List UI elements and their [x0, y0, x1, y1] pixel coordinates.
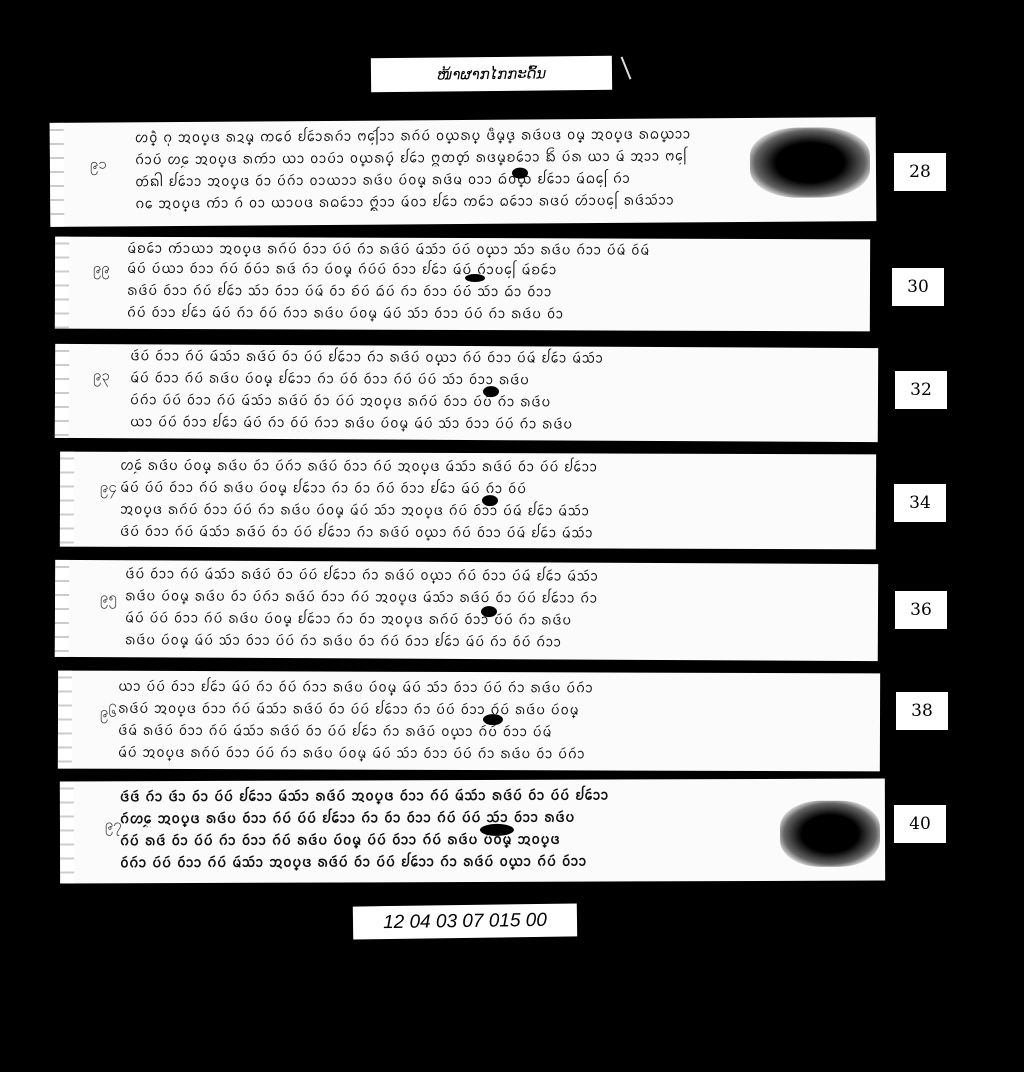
ink-stain — [750, 127, 870, 198]
catalog-code-text: 12 04 03 07 015 00 — [383, 909, 547, 933]
palm-leaf-page: ၉၅ ᨴᩢᨷᩢ ᩅᩢᩣᩣ ᨣᩢᨷᩢ ᨾᩢᩈᩢᩣ ᩁᨴᩢᨷᩢ ᩅᩢᩣ ᨷᩢᨷᩢ ᩀ… — [55, 560, 878, 661]
leaf-margin-numeral: ၉၅ — [100, 588, 117, 610]
leaf-text-line: ᨾᩢᨧᩮᩢᩣ ᨠᩢᩣᨿᩣ ᩋᩅ᩠ᨷᨴ ᩁᨣᩢᨷᩢ ᩅᩢᩣᩣ ᨷᩢᨷᩢ ᨣᩢᩣ ᩁ… — [127, 239, 862, 260]
palm-leaf-page: ၉၆ ᨿᩣ ᨷᩢᨷᩢ ᩅᩢᩣᩣ ᩀᩮᩢᩣ ᨾᩢᨷᩢ ᨣᩢᩣ ᩅᩢᨷᩢ ᨣᩢᩣᩣ … — [58, 671, 880, 772]
leaf-text-line: ᩁᨴᩢᨷᩢ ᩅᩢᩣᩣ ᨣᩢᨷᩢ ᩀᩮᩢᩣ ᩈᩢᩣ ᩅᩢᩣᩣ ᨷᩢᨾᩢ ᩅᩢᩣ ᨧ… — [127, 281, 862, 302]
leaf-text-line: ᨴᩢᨴᩢ ᨣᩢᩣ ᨴᩢᩣ ᩅᩢᩣ ᨷᩢᨷᩢ ᩀᩮᩢᩣᩣ ᨾᩢᩈᩢᩣ ᩁᨴᩢᨷᩢ … — [120, 785, 870, 806]
leaf-worn-edge — [58, 671, 72, 769]
leaf-worn-edge — [60, 781, 74, 883]
binding-hole — [483, 386, 499, 397]
leaf-worn-edge — [55, 237, 69, 329]
leaf-worn-edge — [60, 452, 74, 547]
page-number-box: 34 — [894, 484, 946, 522]
page-number-box: 40 — [894, 805, 946, 843]
leaf-text-line: ᨲᩢᨦᩤ ᩀᩮᩢᩣᩣ ᩋᩅ᩠ᨷᨴ ᩅᩢᩣ ᨷᩢᨣᩢᩣ ᩅᩣᨿᩣᩣ ᩁᨴᩢᨷ ᨷᩢ… — [135, 167, 855, 190]
leaf-text-line: ᩁᨴᩢᨷ ᨷᩢᩅ᩠ᨾ ᨾᩢᨷᩢ ᩈᩢᩣ ᩅᩢᩣᩣ ᨷᩢᨷᩢ ᨣᩢᩣ ᩁᨴᩢᨷ ᩅ… — [125, 630, 870, 652]
palm-leaf-page: ၉၄ ᩉᩮᩬᩢ ᩁᨴᩢᨷ ᨷᩢᩅ᩠ᨾ ᩁᨴᩢᨷ ᩅᩢᩣ ᨷᩢᨣᩢᩣ ᩁᨴᩢᨷᩢ … — [60, 452, 876, 550]
page-number-box: 28 — [894, 153, 946, 191]
leaf-text-line: ᨣᩢᩣᨷᩢ ᩉᩮᩬ ᩋᩅ᩠ᨷᨴ ᩁᨠᩢᩣ ᨿᩣ ᩅᩣᨷᩢᩣ ᩅ᩠ᨿᩁ᩠ᨷᩢ ᩀᩮ… — [135, 145, 855, 168]
binding-hole — [483, 714, 503, 725]
leaf-margin-numeral: ၉၉ — [93, 259, 110, 281]
palm-leaf-page: ၉၇ ᨴᩢᨴᩢ ᨣᩢᩣ ᨴᩢᩣ ᩅᩢᩣ ᨷᩢᨷᩢ ᩀᩮᩢᩣᩣ ᨾᩢᩈᩢᩣ ᩁᨴᩢ… — [60, 779, 885, 884]
leaf-margin-numeral: ၉၄ — [100, 478, 117, 500]
palm-leaf-page: ၉၃ ᨴᩢᨷᩢ ᩅᩢᩣᩣ ᨣᩢᨷᩢ ᨾᩢᩈᩢᩣ ᩁᨴᩢᨷᩢ ᩅᩢᩣ ᨷᩢᨷᩢ ᩀ… — [55, 344, 878, 442]
leaf-text-line: ᩁᨴᩢᨷ ᨷᩢᩅ᩠ᨾ ᩁᨴᩢᨷ ᩅᩢᩣ ᨷᩢᨣᩢᩣ ᩁᨴᩢᨷᩢ ᩅᩢᩣᩣ ᨣᩢᨷ… — [125, 586, 870, 608]
leaf-text-line: ᨾᩢᨷᩢ ᨷᩢᨷᩢ ᩅᩢᩣᩣ ᨣᩢᨷᩢ ᩁᨴᩢᨷ ᨷᩢᩅ᩠ᨾ ᩀᩮᩢᩣᩣ ᨣᩢᩣ… — [125, 608, 870, 630]
page-number: 34 — [909, 493, 931, 513]
leaf-text-line: ᨴᩢᨷᩢ ᩅᩢᩣᩣ ᨣᩢᨷᩢ ᨾᩢᩈᩢᩣ ᩁᨴᩢᨷᩢ ᩅᩢᩣ ᨷᩢᨷᩢ ᩀᩮᩢᩣ… — [120, 522, 865, 543]
palm-leaf-page: ၉၁ ᩉ᩠ᩅᩫ ᨣᩩ ᩋᩅ᩠ᨷᨴ ᩁᨯ᩠ᨾ ᨠᩮᩅᩢ ᩀᩮᩢᩣᩁᨣᩢᩣ ᨻᩮᩭᩢ… — [50, 117, 877, 227]
leaf-text-line: ᨿᩣ ᨷᩢᨷᩢ ᩅᩢᩣᩣ ᩀᩮᩢᩣ ᨾᩢᨷᩢ ᨣᩢᩣ ᩅᩢᨷᩢ ᨣᩢᩣᩣ ᩁᨴᩢ… — [118, 677, 868, 698]
binding-hole — [482, 495, 498, 506]
leaf-text-line: ᩅᩢᨣᩢᩣ ᨷᩢᨷᩢ ᩅᩢᩣᩣ ᨣᩢᨷᩢ ᨾᩢᩈᩢᩣ ᩋᩅ᩠ᨷᨴ ᩁᨴᩢᨷᩢ ᩅ… — [120, 851, 880, 872]
page-number-box: 36 — [895, 591, 947, 629]
leaf-text-line: ᨷᩢᨣᩢᩣ ᨷᩢᨷᩢ ᩅᩢᩣᩣ ᨣᩢᨷᩢ ᨾᩢᩈᩢᩣ ᩁᨴᩢᨷᩢ ᩅᩢᩣ ᨷᩢᨷ… — [130, 390, 870, 412]
leaf-worn-edge — [50, 123, 65, 227]
leaf-text-line: ᨣᩮ ᩋᩅ᩠ᨷᨴ ᨠᩢᩣ ᨣᩢ ᩅᩣ ᨿᩣᨷᨴ ᩁᨵᩮᩢᩣᩣ ᩍᩬᩢᩣᩣ ᨾᩢᩅ… — [135, 189, 875, 212]
leaf-margin-numeral: ၉၆ — [100, 703, 117, 725]
page-number-box: 32 — [895, 371, 947, 409]
page-number: 30 — [907, 277, 929, 297]
leaf-text-line: ᨾᩢᨷᩢ ᩅᩢᩣᩣ ᨣᩢᨷᩢ ᩁᨴᩢᨷ ᨷᩢᩅ᩠ᨾ ᩀᩮᩢᩣᩣ ᨣᩢᩣ ᨷᩢᩅᩢ… — [130, 368, 870, 390]
page-number-box: 30 — [892, 268, 944, 306]
title-label: ໜ້າຜາກໄກກະດົ້ນ — [371, 56, 612, 93]
binding-hole — [512, 168, 528, 179]
page-number: 38 — [911, 701, 933, 721]
binding-hole — [465, 274, 485, 282]
leaf-worn-edge — [55, 560, 70, 657]
binding-hole — [481, 606, 497, 617]
leaf-margin-numeral: ၉၁ — [90, 154, 107, 176]
leaf-text-line: ᨣᩢᨷᩢ ᩅᩢᩣᩣ ᩀᩮᩢᩣ ᨾᩢᨷᩢ ᨣᩢᩣ ᩅᩢᨷᩢ ᨣᩢᩣᩣ ᩁᨴᩢᨷ ᨷ… — [127, 303, 867, 324]
leaf-margin-numeral: ၉၃ — [93, 366, 110, 388]
leaf-text-line: ᨿᩣ ᨷᩢᨷᩢ ᩅᩢᩣᩣ ᩀᩮᩢᩣ ᨾᩢᨷᩢ ᨣᩢᩣ ᩅᩢᨷᩢ ᨣᩢᩣᩣ ᩁᨴᩢ… — [130, 412, 870, 434]
ink-stain — [780, 801, 880, 867]
page-number: 40 — [909, 814, 931, 834]
palm-leaf-page: ၉၉ ᨾᩢᨧᩮᩢᩣ ᨠᩢᩣᨿᩣ ᩋᩅ᩠ᨷᨴ ᩁᨣᩢᨷᩢ ᩅᩢᩣᩣ ᨷᩢᨷᩢ ᨣᩢ… — [55, 237, 870, 332]
catalog-code-label: 12 04 03 07 015 00 — [353, 903, 577, 939]
leaf-text-line: ᨾᩢᨷᩢ ᨷᩢᨿᩣ ᩅᩢᩣᩣ ᨣᩢᨷᩢ ᩅᩢᨷᩢᩣ ᩁᨴᩢ ᨣᩢᩣ ᨷᩢᩅ᩠ᨾ … — [127, 259, 862, 280]
leaf-text-line: ᩉ᩠ᩅᩫ ᨣᩩ ᩋᩅ᩠ᨷᨴ ᩁᨯ᩠ᨾ ᨠᩮᩅᩢ ᩀᩮᩢᩣᩁᨣᩢᩣ ᨻᩮᩭᩢᩣᩣ … — [135, 123, 855, 146]
page-number: 36 — [910, 600, 932, 620]
leaf-text-line: ᩉᩮᩬᩢ ᩁᨴᩢᨷ ᨷᩢᩅ᩠ᨾ ᩁᨴᩢᨷ ᩅᩢᩣ ᨷᩢᨣᩢᩣ ᩁᨴᩢᨷᩢ ᩅᩢᩣ… — [120, 456, 865, 477]
leaf-text-line: ᨾᩢᨷᩢ ᩋᩅ᩠ᨷᨴ ᩁᨣᩢᨷᩢ ᩅᩢᩣᩣ ᨷᩢᨷᩢ ᨣᩢᩣ ᩁᨴᩢᨷ ᨷᩢᩅ᩠… — [118, 743, 868, 764]
page-number: 28 — [909, 162, 931, 182]
binding-hole — [480, 824, 514, 836]
leaf-worn-edge — [55, 344, 69, 438]
title-label-text: ໜ້າຜາກໄກກະດົ້ນ — [437, 64, 546, 83]
leaf-text-line: ᨴᩢᨷᩢ ᩅᩢᩣᩣ ᨣᩢᨷᩢ ᨾᩢᩈᩢᩣ ᩁᨴᩢᨷᩢ ᩅᩢᩣ ᨷᩢᨷᩢ ᩀᩮᩢᩣ… — [130, 346, 870, 368]
leaf-text-line: ᨴᩢᨷᩢ ᩅᩢᩣᩣ ᨣᩢᨷᩢ ᨾᩢᩈᩢᩣ ᩁᨴᩢᨷᩢ ᩅᩢᩣ ᨷᩢᨷᩢ ᩀᩮᩢᩣ… — [125, 564, 870, 586]
scratch-mark — [621, 56, 632, 79]
page-number-box: 38 — [896, 692, 948, 730]
page-number: 32 — [910, 380, 932, 400]
